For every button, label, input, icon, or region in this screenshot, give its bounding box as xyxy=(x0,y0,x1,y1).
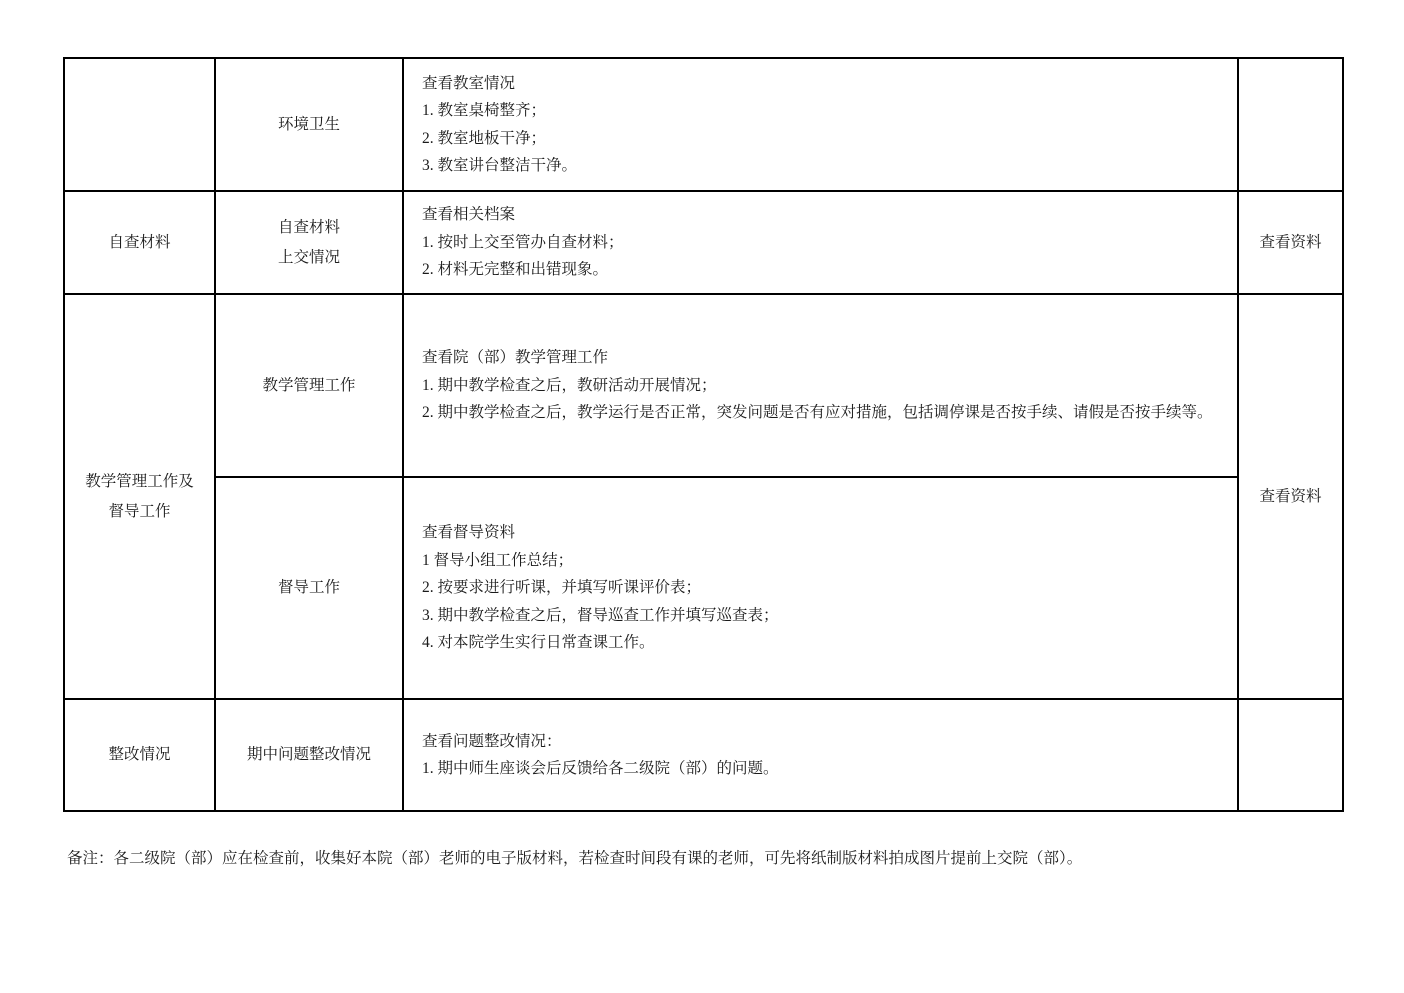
table-row: 教学管理工作及 督导工作 教学管理工作 查看院（部）教学管理工作 1. 期中教学… xyxy=(64,294,1343,477)
details-cell: 查看院（部）教学管理工作 1. 期中教学检查之后，教研活动开展情况； 2. 期中… xyxy=(403,294,1238,477)
category-cell xyxy=(64,58,215,191)
table-row: 自查材料 自查材料 上交情况 查看相关档案 1. 按时上交至管办自查材料； 2.… xyxy=(64,191,1343,294)
item-cell: 教学管理工作 xyxy=(215,294,403,477)
category-cell: 教学管理工作及 督导工作 xyxy=(64,294,215,699)
method-cell xyxy=(1238,699,1343,811)
method-cell: 查看资料 xyxy=(1238,294,1343,699)
item-cell: 督导工作 xyxy=(215,477,403,699)
document-page: 环境卫生 查看教室情况 1. 教室桌椅整齐； 2. 教室地板干净； 3. 教室讲… xyxy=(0,0,1404,993)
details-cell: 查看相关档案 1. 按时上交至管办自查材料； 2. 材料无完整和出错现象。 xyxy=(403,191,1238,294)
category-cell: 整改情况 xyxy=(64,699,215,811)
details-cell: 查看督导资料 1 督导小组工作总结； 2. 按要求进行听课，并填写听课评价表； … xyxy=(403,477,1238,699)
details-cell: 查看教室情况 1. 教室桌椅整齐； 2. 教室地板干净； 3. 教室讲台整洁干净… xyxy=(403,58,1238,191)
table-row: 督导工作 查看督导资料 1 督导小组工作总结； 2. 按要求进行听课，并填写听课… xyxy=(64,477,1343,699)
method-cell: 查看资料 xyxy=(1238,191,1343,294)
inspection-table: 环境卫生 查看教室情况 1. 教室桌椅整齐； 2. 教室地板干净； 3. 教室讲… xyxy=(63,57,1344,812)
details-cell: 查看问题整改情况： 1. 期中师生座谈会后反馈给各二级院（部）的问题。 xyxy=(403,699,1238,811)
method-cell xyxy=(1238,58,1343,191)
footer-note: 备注：各二级院（部）应在检查前，收集好本院（部）老师的电子版材料，若检查时间段有… xyxy=(67,846,1357,872)
table-row: 环境卫生 查看教室情况 1. 教室桌椅整齐； 2. 教室地板干净； 3. 教室讲… xyxy=(64,58,1343,191)
item-cell: 环境卫生 xyxy=(215,58,403,191)
table-row: 整改情况 期中问题整改情况 查看问题整改情况： 1. 期中师生座谈会后反馈给各二… xyxy=(64,699,1343,811)
item-cell: 期中问题整改情况 xyxy=(215,699,403,811)
item-cell: 自查材料 上交情况 xyxy=(215,191,403,294)
category-cell: 自查材料 xyxy=(64,191,215,294)
